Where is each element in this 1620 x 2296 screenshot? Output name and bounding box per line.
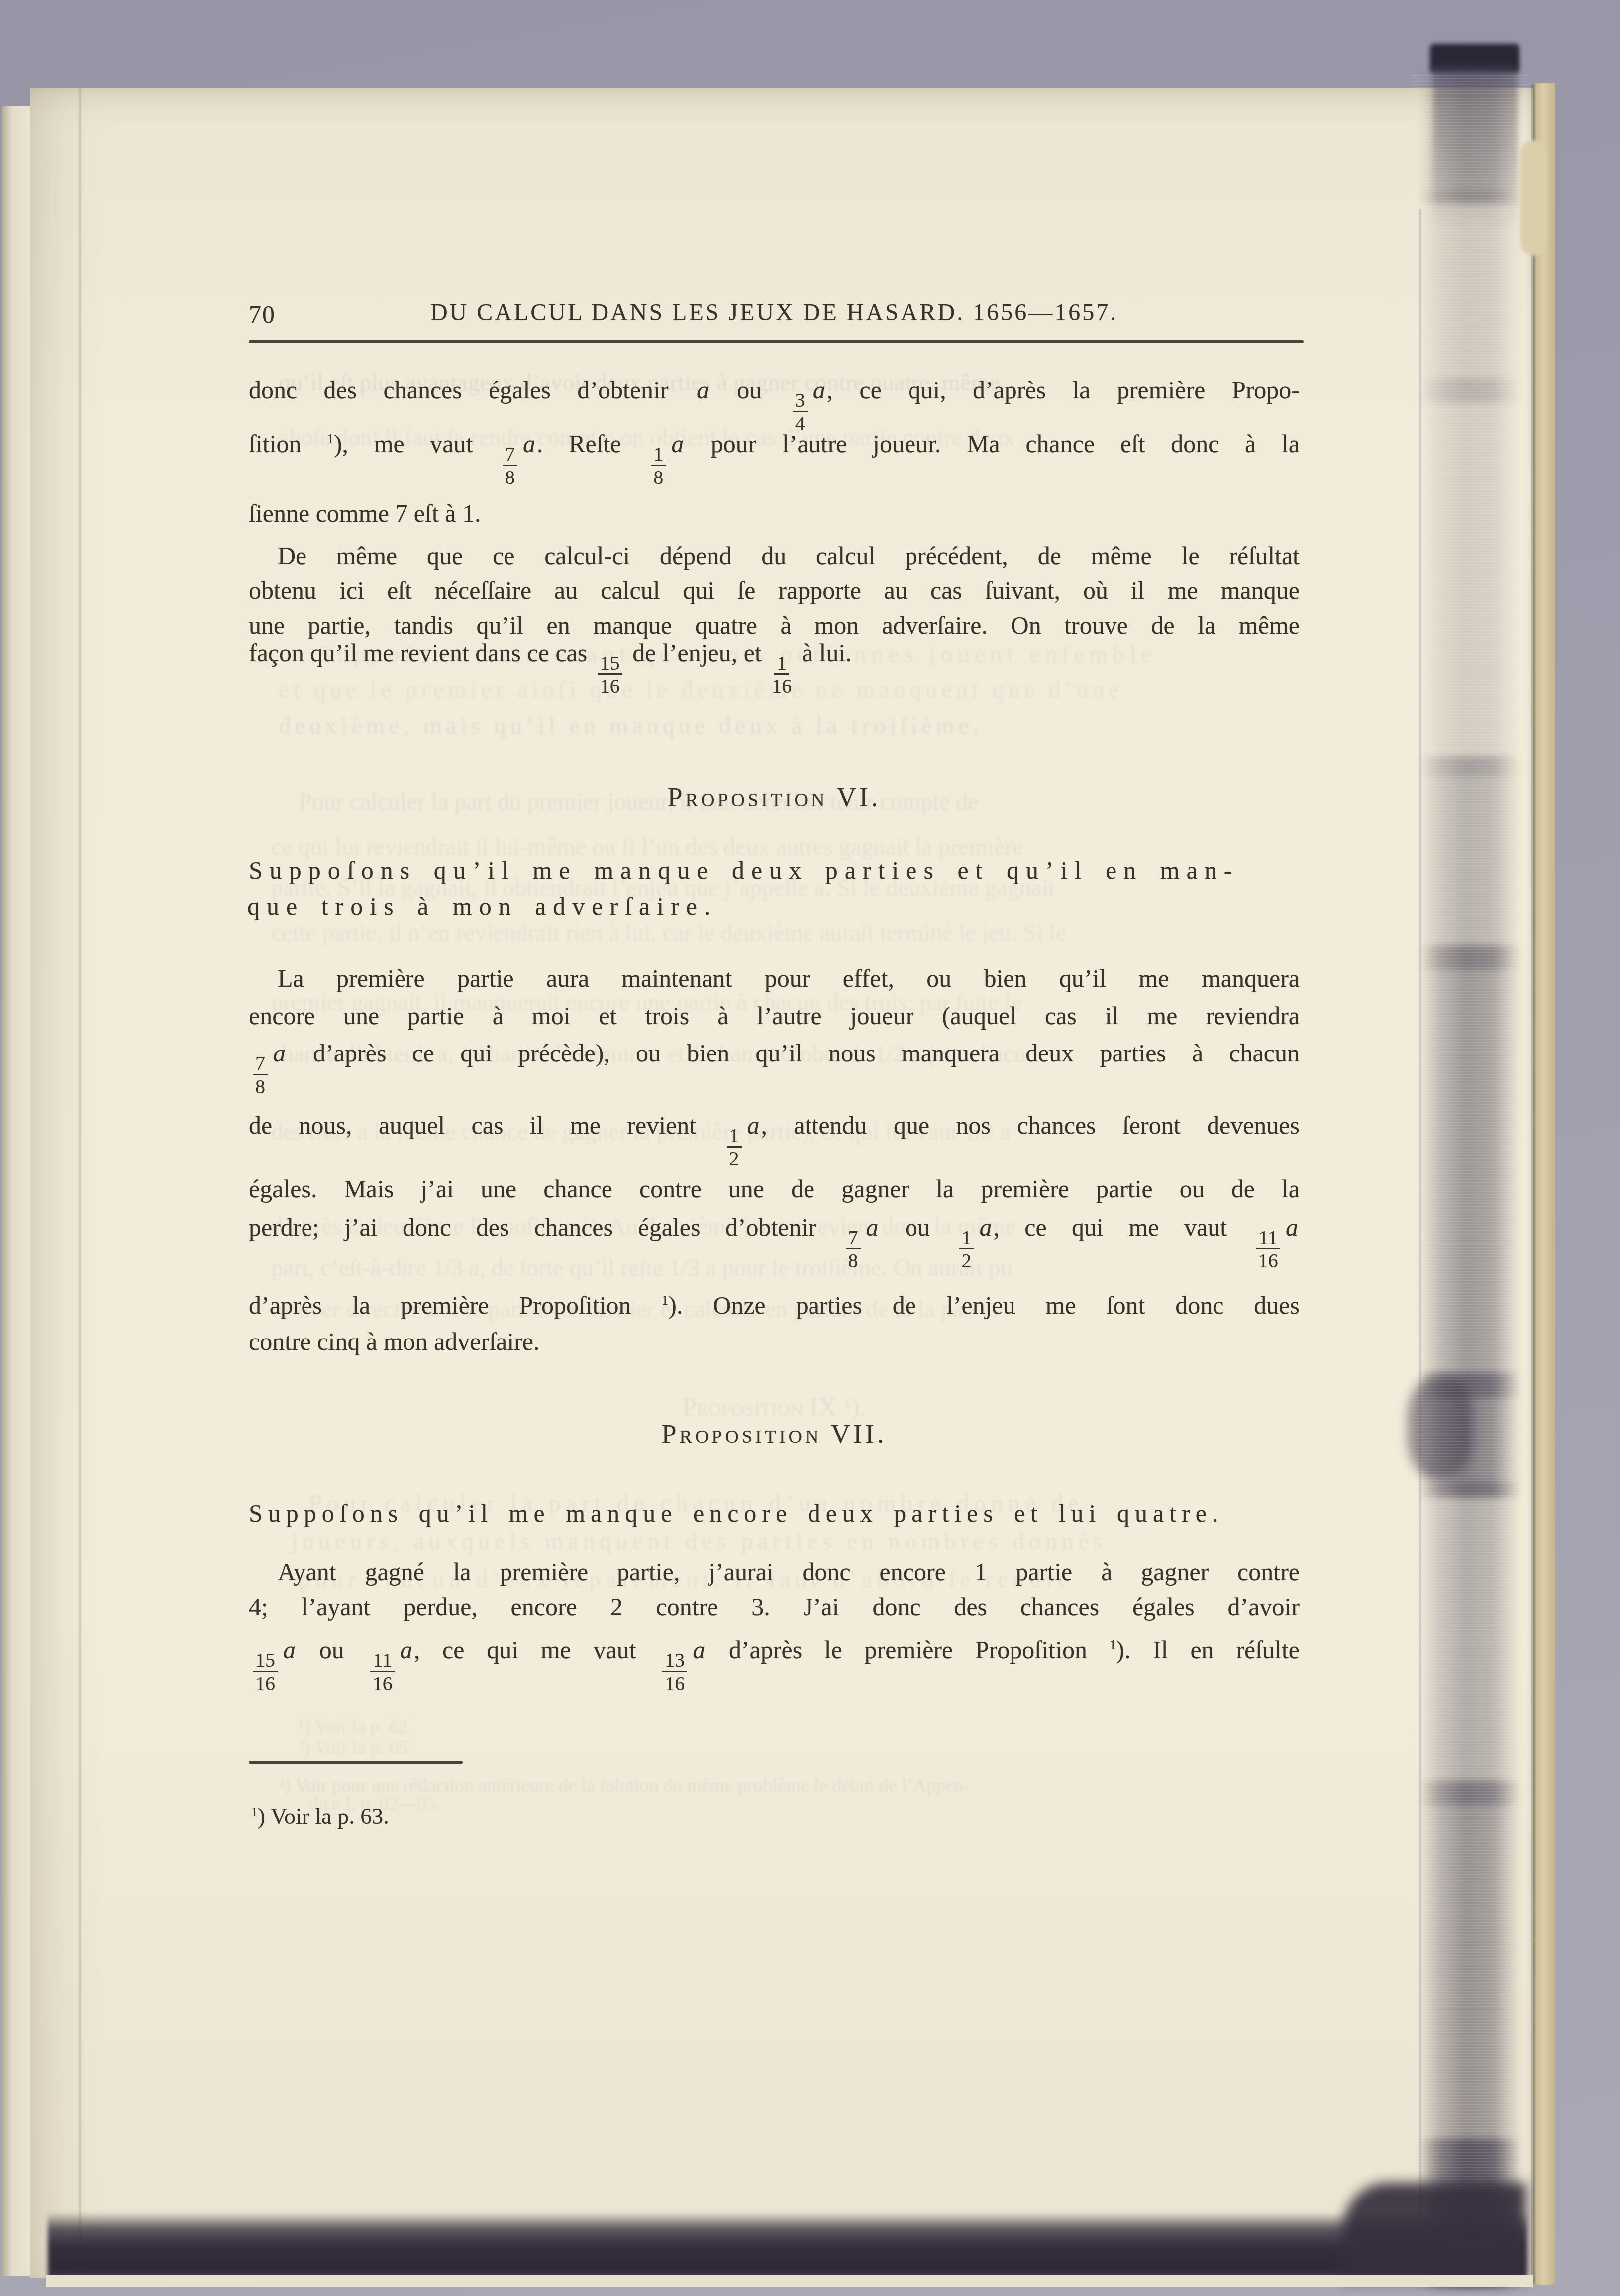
text-line: Ayant gagné la première partie, j’aurai …	[278, 1556, 1300, 1588]
bleedthrough-text: joueurs, auxquels manquent des parties e…	[291, 1528, 1107, 1555]
scan-streak-texture	[1412, 75, 1527, 2233]
header-rule	[249, 340, 1304, 343]
proposition-vii-statement-line: Suppoſons qu’il me manque encore deux pa…	[249, 1497, 1223, 1530]
text-line: ſienne comme 7 eſt à 1.	[249, 497, 481, 530]
bleedthrough-text: cette partie, il n’en reviendrait rien à…	[271, 919, 1066, 947]
text-line: ſition 1), me vaut 78a. Reſte 18a pour l…	[249, 428, 1300, 488]
scan-dark-band-bottom	[48, 2212, 1526, 2279]
text-line: obtenu ici eſt néceſſaire au calcul qui …	[249, 574, 1300, 607]
text-line: contre cinq à mon adverſaire.	[249, 1326, 539, 1358]
page-stack-bottom-edge	[46, 2275, 1533, 2287]
bleedthrough-footnote: ¹) Voir la p. 62.	[299, 1716, 413, 1738]
footnote: 1) Voir la p. 63.	[251, 1802, 389, 1831]
scanned-book-photo: qu’il eſt plus avantageux d’avoir deux p…	[0, 0, 1620, 2296]
text-line: façon qu’il me revient dans ce cas 1516 …	[249, 637, 852, 697]
bleedthrough-text: deuxième, mais qu’il en manque deux à la…	[279, 712, 983, 740]
section-heading-proposition-vii: Proposition VII.	[249, 1417, 1300, 1451]
text-line: de nous, auquel cas il me revient 12a, a…	[249, 1109, 1300, 1169]
section-heading-proposition-vi: Proposition VI.	[249, 780, 1300, 815]
text-line: d’après la première Propoſition 1). Onze…	[249, 1289, 1300, 1322]
footnote-rule	[249, 1761, 463, 1764]
page-stack-fore-edge	[1534, 83, 1555, 2285]
text-line: encore une partie à moi et trois à l’aut…	[249, 1000, 1300, 1032]
text-line: donc des chances égales d’obtenir a ou 3…	[249, 374, 1300, 434]
bleedthrough-footnote: ²) Voir la p. 65.	[299, 1737, 413, 1759]
scan-dark-band-bottom-right	[1343, 2183, 1526, 2281]
text-line: égales. Mais j’ai une chance contre une …	[249, 1173, 1300, 1205]
text-line: 78a d’après ce qui précède), ou bien qu’…	[249, 1037, 1300, 1097]
text-line: perdre; j’ai donc des chances égales d’o…	[249, 1211, 1300, 1271]
text-line: 4; l’ayant perdue, encore 2 contre 3. J’…	[249, 1591, 1300, 1623]
text-line: 1516a ou 1116a, ce qui me vaut 1316a d’a…	[249, 1634, 1300, 1694]
page-stack-notch	[1520, 140, 1546, 256]
proposition-vi-statement-line: que trois à mon adverſaire.	[247, 890, 717, 923]
left-page-edge	[2, 106, 30, 2276]
text-line: La première partie aura maintenant pour …	[278, 962, 1300, 995]
text-line: De même que ce calcul-ci dépend du calcu…	[278, 540, 1300, 572]
running-title: DU CALCUL DANS LES JEUX DE HASARD. 1656—…	[249, 297, 1300, 328]
proposition-vi-statement-line: Suppoſons qu’il me manque deux parties e…	[249, 855, 1239, 887]
gutter-fold-line	[78, 88, 82, 2278]
